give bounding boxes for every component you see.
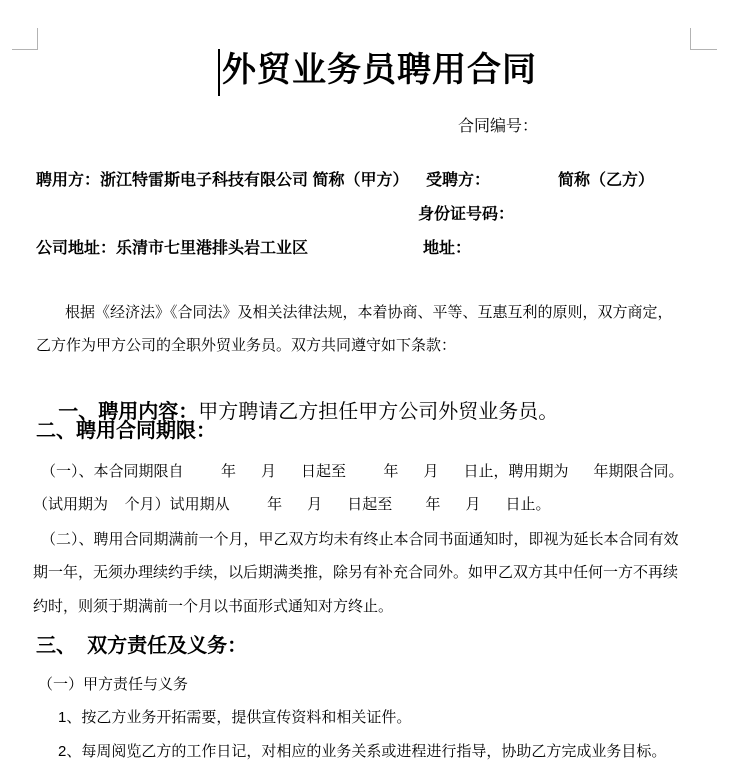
document-title[interactable]: 外贸业务员聘用合同	[222, 50, 537, 93]
document-page[interactable]: 外贸业务员聘用合同 合同编号： 聘用方：浙江特雷斯电子科技有限公司 简称（甲方）…	[0, 0, 754, 767]
section-2-heading[interactable]: 二、聘用合同期限：	[36, 419, 216, 444]
preamble-line-2[interactable]: 乙方作为甲方公司的全职外贸业务员。双方共同遵守如下条款：	[36, 337, 456, 356]
section-3-item-1[interactable]: 1、按乙方业务开拓需要，提供宣传资料和相关证件。	[58, 709, 411, 728]
company-address-line[interactable]: 公司地址：乐清市七里港排头岩工业区	[36, 239, 308, 259]
margin-corner-mark-top-left-vertical	[37, 28, 38, 50]
employee-label[interactable]: 受聘方：	[426, 171, 490, 191]
section-2-clause-2-line-3[interactable]: 约时，则须于期满前一个月以书面形式通知对方终止。	[33, 598, 393, 617]
section-3-sub-heading[interactable]: （一）甲方责任与义务	[38, 676, 188, 695]
margin-corner-mark-top-right-vertical	[690, 28, 691, 50]
section-2-clause-2-line-1[interactable]: （二）、聘用合同期满前一个月，甲乙双方均未有终止本合同书面通知时，即视为延长本合…	[41, 531, 679, 550]
preamble-line-1[interactable]: 根据《经济法》《合同法》及相关法律法规，本着协商、平等、互惠互利的原则，双方商定…	[65, 304, 673, 323]
employee-short-label[interactable]: 简称（乙方）	[558, 171, 654, 191]
section-2-clause-1-line-1[interactable]: （一）、本合同期限自 年 月 日起至 年 月 日止，聘用期为 年期限合同。	[41, 463, 684, 482]
text-cursor	[218, 49, 220, 96]
section-3-item-2[interactable]: 2、每周阅览乙方的工作日记，对相应的业务关系或进程进行指导，协助乙方完成业务目标…	[58, 743, 666, 762]
contract-number-label[interactable]: 合同编号：	[458, 117, 538, 137]
section-3-heading[interactable]: 三、 双方责任及义务：	[36, 634, 247, 659]
employer-line[interactable]: 聘用方：浙江特雷斯电子科技有限公司 简称（甲方）	[36, 171, 408, 191]
section-1-body: 甲方聘请乙方担任甲方公司外贸业务员。	[198, 401, 558, 423]
address-label[interactable]: 地址：	[423, 239, 471, 259]
section-2-clause-1-line-2[interactable]: （试用期为 个月）试用期从 年 月 日起至 年 月 日止。	[33, 496, 551, 515]
section-2-clause-2-line-2[interactable]: 期一年，无须办理续约手续，以后期满类推，除另有补充合同外。如甲乙双方其中任何一方…	[33, 564, 678, 583]
margin-corner-mark-top-left-horizontal	[12, 49, 38, 50]
id-number-label[interactable]: 身份证号码：	[418, 205, 514, 225]
margin-corner-mark-top-right-horizontal	[690, 49, 717, 50]
